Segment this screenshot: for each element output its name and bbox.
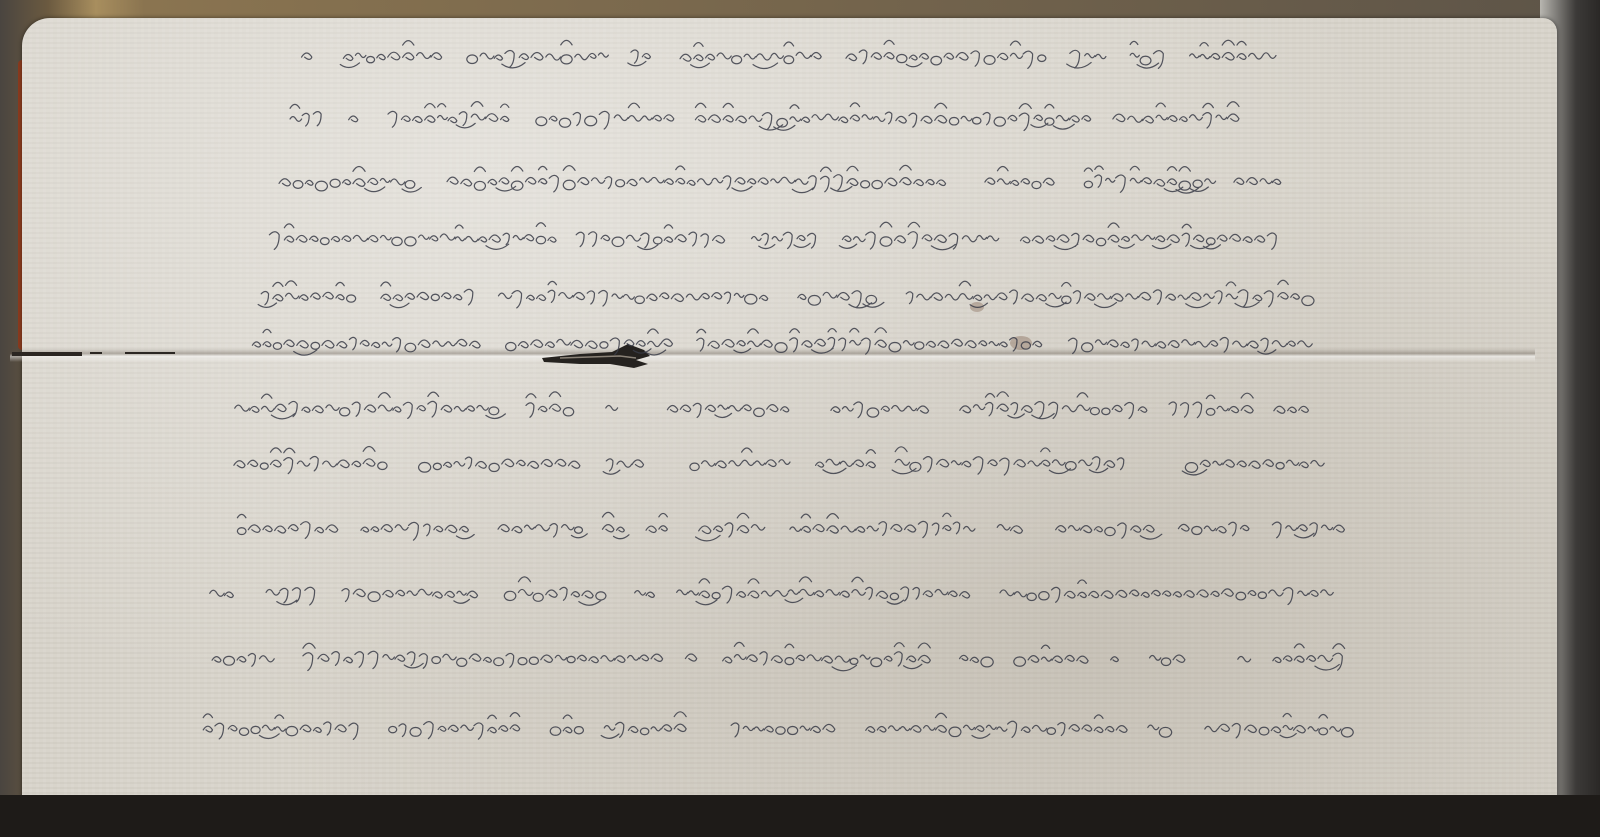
script-line-4 bbox=[110, 214, 1450, 260]
script-line-1 bbox=[148, 32, 1438, 78]
script-line-8 bbox=[64, 439, 1494, 485]
script-line-6 bbox=[86, 319, 1486, 365]
script-line-9 bbox=[64, 504, 1524, 550]
script-line-10 bbox=[34, 569, 1514, 615]
script-line-2 bbox=[140, 94, 1400, 140]
script-line-5 bbox=[96, 272, 1486, 318]
script-line-11 bbox=[34, 634, 1534, 680]
script-line-12 bbox=[24, 704, 1534, 750]
script-line-7 bbox=[66, 384, 1486, 430]
script-line-3 bbox=[122, 157, 1442, 203]
script-lines: [Javanese script line 1][Javanese script… bbox=[0, 0, 1600, 837]
